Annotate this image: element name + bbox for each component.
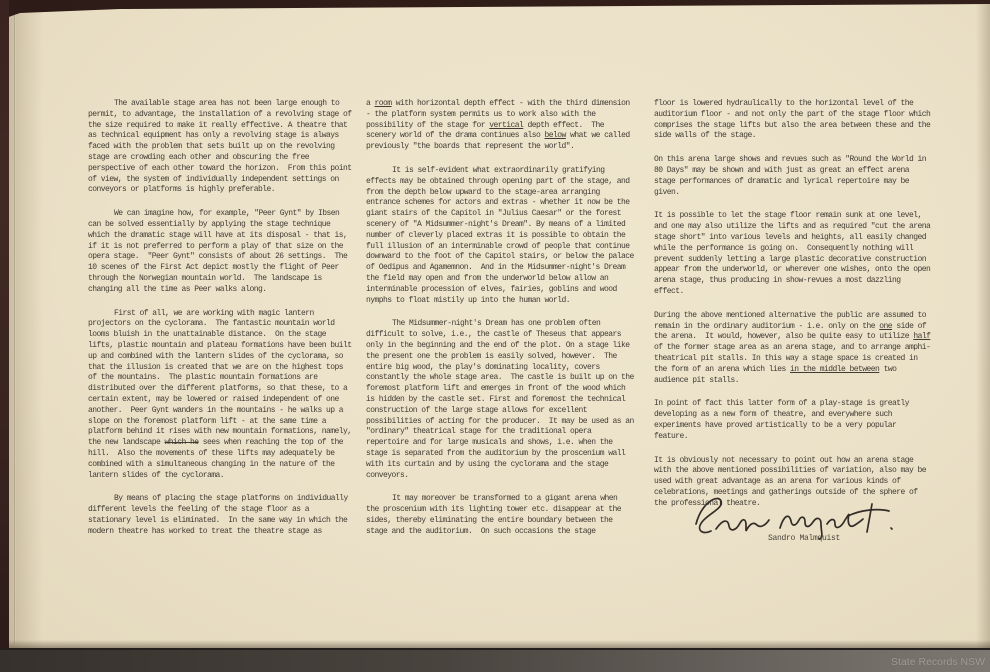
watermark-text: State Records NSW (891, 656, 985, 668)
paragraph: It is possible to let the stage floor re… (654, 211, 932, 297)
paragraph: During the above mentioned alternative t… (654, 311, 932, 387)
paragraph: First of all, we are working with magic … (88, 309, 354, 482)
book-bottom-edge (0, 648, 990, 672)
text-segment: On this arena large shows and revues suc… (654, 155, 930, 196)
text-column-right: floor is lowered hydraulically to the ho… (654, 99, 932, 523)
text-segment: It may moreover be transformed to a giga… (366, 494, 625, 535)
underlined-text: below (545, 131, 566, 140)
signature-block: Sandro Malmquist (688, 492, 938, 543)
text-segment: In point of fact this latter form of a p… (654, 399, 913, 440)
text-segment: We can imagine how, for example, "Peer G… (88, 209, 352, 294)
text-segment: a (366, 99, 375, 108)
text-segment: The available stage area has not been la… (88, 99, 356, 194)
text-segment: By means of placing the stage platforms … (88, 494, 352, 535)
paragraph: We can imagine how, for example, "Peer G… (88, 209, 354, 295)
text-segment: It is self-evident what extraordinarily … (366, 166, 638, 305)
text-segment: It is possible to let the stage floor re… (654, 211, 935, 296)
paragraph: The available stage area has not been la… (88, 99, 354, 196)
text-column-middle: a room with horizontal depth effect - wi… (366, 99, 634, 550)
paragraph: a room with horizontal depth effect - wi… (366, 99, 634, 153)
paragraph: On this arena large shows and revues suc… (654, 155, 932, 198)
paragraph: The Midsummer-night's Dream has one prob… (366, 319, 634, 481)
struck-text: which he (165, 438, 199, 447)
page-crease (14, 4, 16, 644)
underlined-text: half (913, 332, 930, 341)
text-column-left: The available stage area has not been la… (88, 99, 354, 550)
signature-typed-name: Sandro Malmquist (768, 534, 938, 543)
page-right-shading (976, 0, 990, 650)
handwritten-signature-icon (688, 492, 898, 540)
paragraph: floor is lowered hydraulically to the ho… (654, 99, 932, 142)
underlined-text: in the middle between (790, 365, 879, 374)
underlined-text: one (879, 322, 892, 331)
text-segment: First of all, we are working with magic … (88, 309, 356, 448)
paragraph: By means of placing the stage platforms … (88, 494, 354, 537)
text-segment: The Midsummer-night's Dream has one prob… (366, 319, 638, 479)
scanned-page: The available stage area has not been la… (0, 0, 990, 650)
paragraph: It may moreover be transformed to a giga… (366, 494, 634, 537)
text-segment: floor is lowered hydraulically to the ho… (654, 99, 935, 140)
paragraph: In point of fact this latter form of a p… (654, 399, 932, 442)
underlined-text: vertical (489, 121, 523, 130)
book-cover-left-edge (0, 0, 9, 650)
underlined-text: room (375, 99, 392, 108)
paragraph: It is self-evident what extraordinarily … (366, 166, 634, 306)
